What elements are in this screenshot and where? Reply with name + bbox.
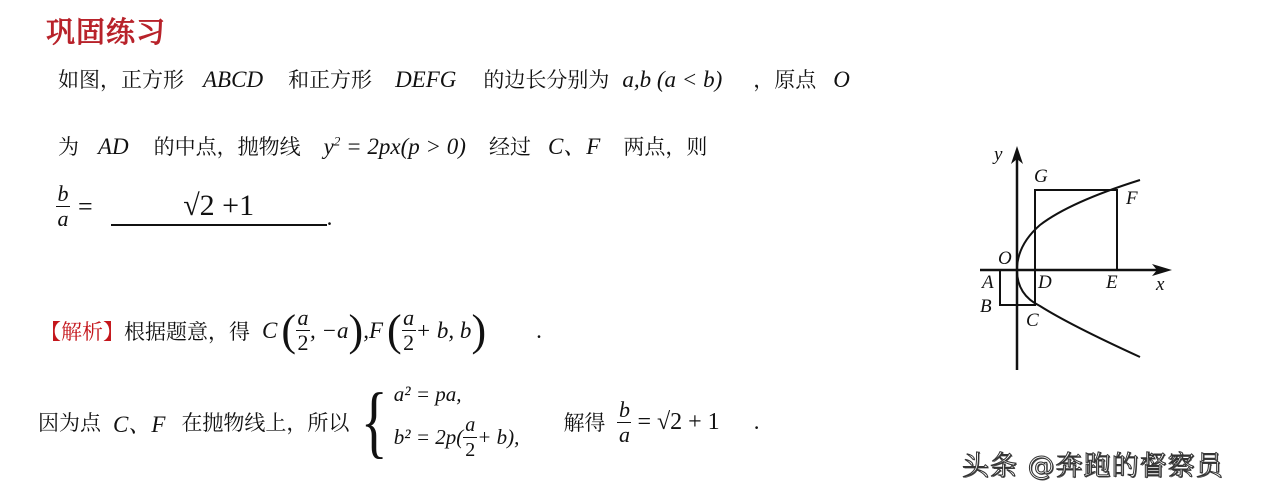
answer-blank: √2 +1 [111, 188, 327, 226]
label-c: C [1026, 310, 1039, 331]
solution-line-1: 【解析】 根据题意，得 C ( a 2 , −a ) , F ( a 2 + b… [40, 306, 542, 355]
label-y: y [992, 144, 1003, 165]
answer-line: b a = √2 +1 . [56, 182, 332, 231]
text: 和正方形 [288, 68, 372, 92]
text: ，原点 [753, 68, 816, 92]
left-brace: { [361, 382, 388, 462]
problem-line-2: 为 AD 的中点，抛物线 y2 = 2px(p > 0) 经过 C、F 两点，则 [58, 128, 707, 161]
period: . [754, 409, 760, 435]
denominator: a [58, 207, 69, 231]
numerator: a [403, 306, 414, 330]
text: 为 [58, 135, 79, 159]
text: 的边长分别为 [483, 68, 609, 92]
denominator: 2 [403, 331, 414, 355]
period: . [327, 205, 333, 231]
math-rhs: = 2px(p > 0) [340, 134, 466, 159]
label-e: E [1105, 272, 1118, 293]
watermark: 头条 @奔跑的督察员 [962, 444, 1224, 483]
numerator: b [58, 182, 69, 206]
math-defg: DEFG [395, 67, 456, 92]
math-point-f: F [369, 318, 383, 344]
text: 解得 [563, 407, 605, 437]
text: 因为点 [38, 407, 101, 437]
text: 经过 [489, 135, 531, 159]
math-parabola: y2 = 2px(p > 0) [324, 134, 466, 159]
fraction-a-over-2: a 2 [402, 306, 416, 355]
label-d: D [1037, 272, 1052, 293]
result-value: = √2 + 1 [637, 409, 719, 436]
period: . [536, 318, 542, 344]
text: 的中点，抛物线 [154, 135, 301, 159]
label-a: A [980, 272, 994, 293]
parabola-figure: y G F O A D E x B C [960, 140, 1180, 380]
label-o: O [998, 248, 1012, 269]
math-c-y: , −a [310, 318, 349, 344]
text: 在抛物线上，所以 [181, 407, 349, 437]
math-points: C、F [113, 406, 165, 439]
right-paren: ) [471, 309, 486, 353]
square-defg [1035, 190, 1117, 270]
math-y: y [324, 134, 334, 159]
left-paren: ( [281, 309, 296, 353]
numerator: a [465, 413, 475, 437]
fraction-a-over-2: a 2 [463, 413, 477, 462]
math-side-lengths: a,b (a < b) [622, 67, 722, 92]
equation-1: a² = pa, [394, 382, 520, 407]
math-abcd: ABCD [203, 67, 263, 92]
text: 如图，正方形 [58, 68, 184, 92]
math-point-c: C [262, 318, 277, 344]
label-g: G [1034, 166, 1048, 187]
math-ad: AD [98, 134, 129, 159]
math-f-rest: + b, b [416, 318, 472, 344]
label-b: B [980, 296, 992, 317]
solution-label: 【解析】 [40, 316, 124, 346]
fraction-b-over-a: b a [56, 182, 70, 231]
section-title: 巩固练习 [46, 10, 166, 51]
numerator: b [619, 398, 630, 422]
math-origin: O [833, 67, 850, 92]
numerator: a [298, 306, 309, 330]
problem-line-1: 如图，正方形 ABCD 和正方形 DEFG 的边长分别为 a,b (a < b)… [58, 64, 850, 94]
equation-system: a² = pa, b² = 2p( a 2 + b), [394, 382, 520, 462]
label-f: F [1125, 188, 1138, 209]
eq2-left: b² = 2p( [394, 425, 463, 450]
text: 两点，则 [623, 135, 707, 159]
left-paren: ( [387, 309, 402, 353]
eq2-right: + b), [477, 425, 519, 450]
denominator: a [619, 423, 630, 447]
equals-sign: = [78, 192, 93, 222]
label-x: x [1155, 274, 1165, 295]
math-points: C、F [548, 134, 600, 159]
solution-line-2: 因为点 C、F 在抛物线上，所以 { a² = pa, b² = 2p( a 2… [38, 382, 759, 462]
denominator: 2 [465, 438, 475, 462]
fraction-b-over-a: b a [617, 398, 631, 447]
denominator: 2 [298, 331, 309, 355]
right-paren: ) [349, 309, 364, 353]
equation-2: b² = 2p( a 2 + b), [394, 413, 520, 462]
text: 根据题意，得 [124, 316, 250, 346]
fraction-a-over-2: a 2 [296, 306, 310, 355]
